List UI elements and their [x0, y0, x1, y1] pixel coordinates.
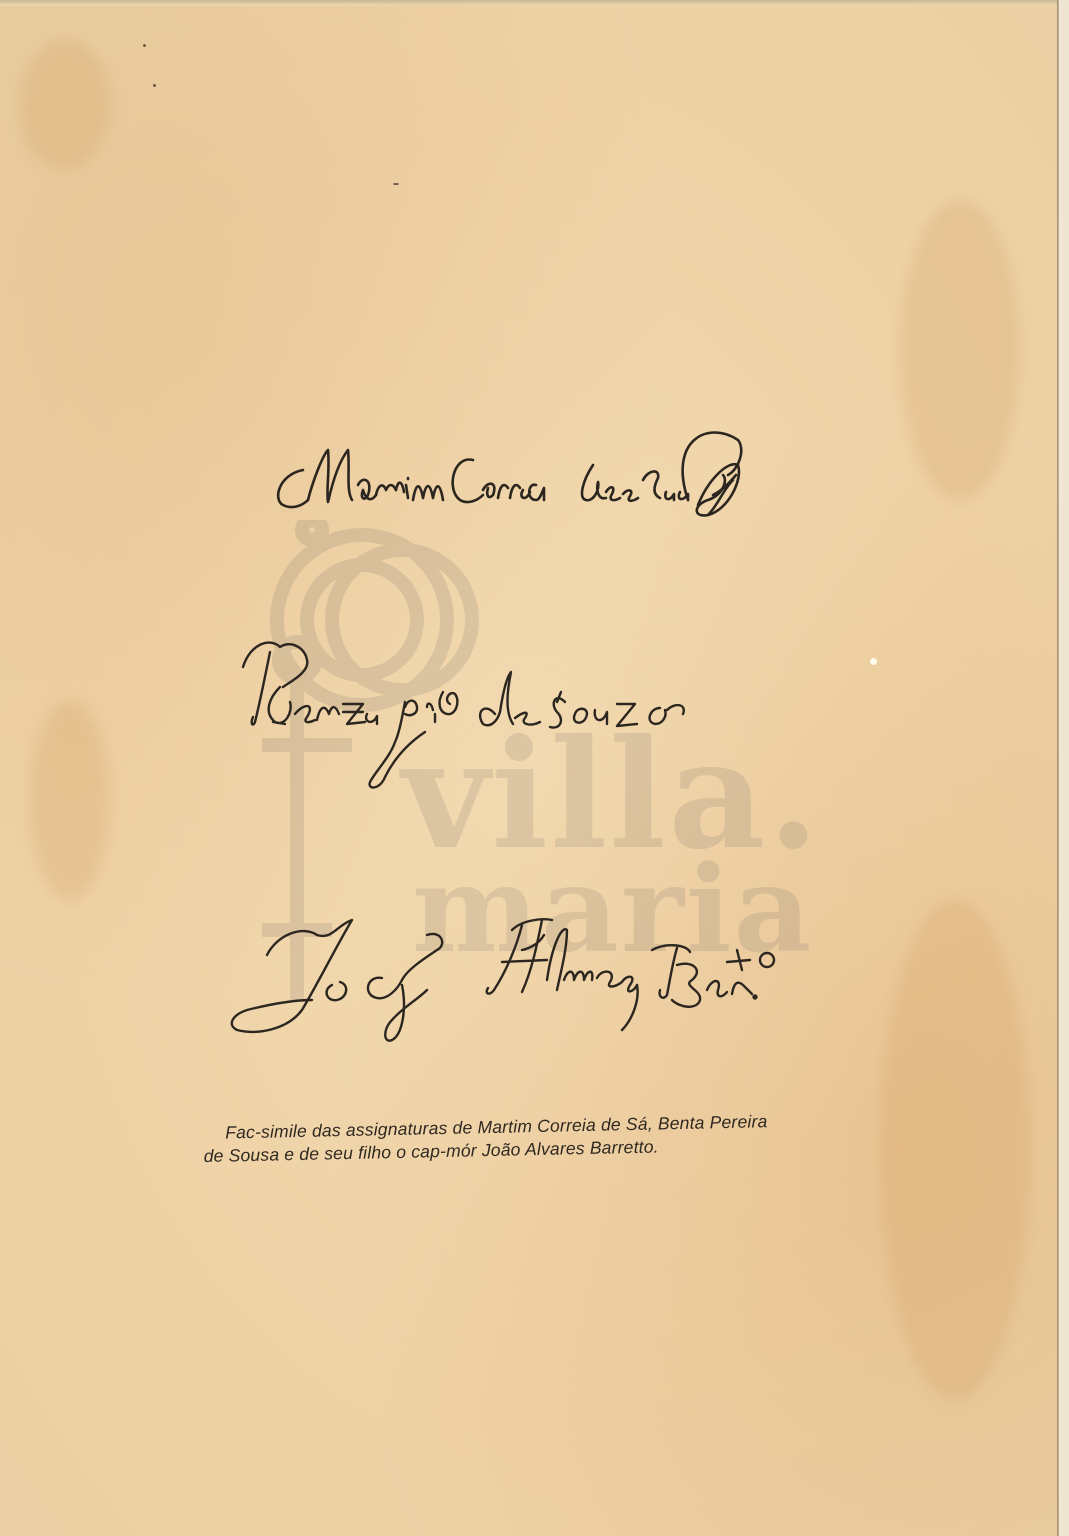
paper-speck [870, 658, 877, 665]
signature-joao-alvares-barretto: João Alvares Barretto [222, 890, 812, 1055]
figure-caption: Fac-simile das assignaturas de Martim Co… [203, 1108, 874, 1168]
signature-benta-pereira-de-sousa: Benta Pereira de Souza [235, 632, 785, 792]
paper-speck [153, 84, 156, 87]
age-stain [900, 200, 1020, 500]
signature-martim-drawing [268, 420, 748, 530]
signature-joao-drawing [222, 890, 812, 1055]
age-stain [880, 900, 1030, 1400]
document-page: villa. maria Martim Correa de Saa [0, 0, 1069, 1536]
paper-speck [143, 44, 146, 47]
age-stain [30, 700, 110, 900]
age-stain [20, 40, 110, 170]
signature-martim-correia-de-sa: Martim Correa de Saa [268, 420, 748, 530]
paper-speck [393, 183, 399, 185]
signature-benta-drawing [235, 632, 785, 792]
page-right-edge [1057, 0, 1069, 1536]
page-top-edge [0, 0, 1069, 6]
